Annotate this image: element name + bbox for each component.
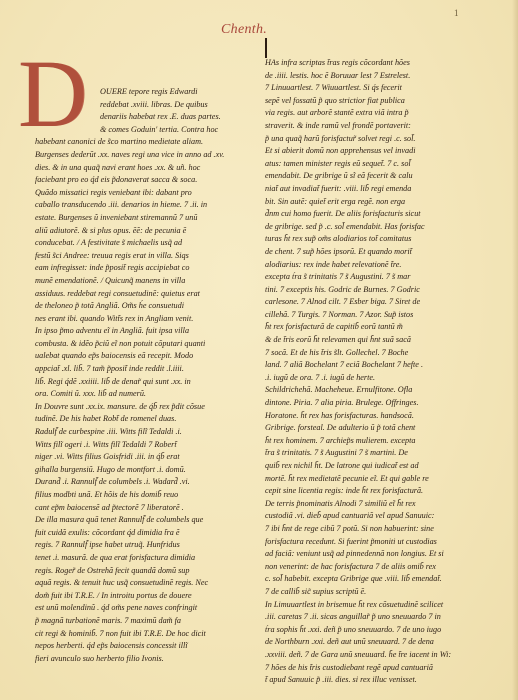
text-line: gihalla burgensiũ. Hugo de montfort .i.…	[35, 464, 245, 477]
text-line: OUERE tepore regis Edwardi	[35, 86, 245, 99]
text-line: Et si abierit domũ non apprehensus vel …	[265, 145, 510, 158]
text-line: carlesone. 7 Alnod cilt. 7 Esber biga. 7…	[265, 296, 510, 309]
text-line: Durand̃ .i. Rannulf̃ de columbels .i. Wa…	[35, 476, 245, 489]
text-line: cillehã. 7 Turgis. 7 Norman. 7 Azor. Su…	[265, 309, 510, 322]
text-line: quib̃ rex nichil h̃t. De latrone qui iud…	[265, 460, 510, 473]
text-line: lib̃. Regi q́dẽ .xxiiii. lib̃ de denar̃…	[35, 376, 245, 389]
text-line: sepẽ vel fossatũ p̃ quo strictior fiat…	[265, 95, 510, 108]
text-line: ad faciã: veniunt usq̃ ad pinnedennã n…	[265, 548, 510, 561]
text-line: turas h̃t rex sup̃ om̃s alodiarios tot̃ …	[265, 233, 510, 246]
text-line: 7 de callib̃ sic̃ supius scriptũ ẽ.	[265, 586, 510, 599]
text-line: 7 Linuuartlest. 7 Wiuuartlest. Si q́s fe…	[265, 82, 510, 95]
text-line: t̃ apud Sanuuic p̃ .iii. dies. si rex il…	[265, 674, 510, 687]
text-line: festũ s̃ci Andree: treuua regis erat in…	[35, 250, 245, 263]
text-line: De illa masura quã tenet Rannulf̃ de co…	[35, 514, 245, 527]
text-line: Quãdo missatici regis veniebant ibi: da…	[35, 187, 245, 200]
text-line: h̃t rex forisfacturã de capitib̃ eorũ …	[265, 321, 510, 334]
text-line: fieri avunculo suo herberto filio Ivonis…	[35, 653, 245, 666]
text-line: nepos herberti. q́d ep̃s baiocensis conc…	[35, 640, 245, 653]
text-line: p̃ una quaq̃ harũ forisfactur̃ solvet r…	[265, 133, 510, 146]
text-line: custodiã .vi. dieb̃ apud cantuariã vel…	[265, 510, 510, 523]
text-line: & comes Goduin' tertia. Contra hoc	[35, 124, 245, 137]
text-line: excepta t́ra s̃ trinitatis 7 s̃ Augustin…	[265, 271, 510, 284]
text-line: straverit. & inde ramũ vel frondẽ port…	[265, 120, 510, 133]
text-line: cepit sine licentia regis: inde h̃t rex …	[265, 485, 510, 498]
text-line: conducebat. / A festivitate s̃ michaelis…	[35, 237, 245, 250]
text-line: nes erant ibi. quando Witt̃s rex in Angl…	[35, 313, 245, 326]
text-line: niger .vi. Witts filius Goisfridi .iii. …	[35, 451, 245, 464]
text-line: Horatone. h̃t rex has forisfacturas. han…	[265, 410, 510, 423]
manuscript-page: 1 Chenth. D OUERE tepore regis Edwardire…	[0, 0, 518, 700]
left-column: OUERE tepore regis Edwardireddebat .xvii…	[35, 86, 245, 665]
initial-h-ascender	[265, 38, 267, 58]
text-line: forisfactura recedunt. Si fuerint p̃moni…	[265, 536, 510, 549]
text-line: munẽ emendationẽ. / Quicunq̃ manens in…	[35, 275, 245, 288]
text-line: combusta. & idẽo p̃ciũ eĩ non potuit …	[35, 338, 245, 351]
text-line: tudinẽ. De his habet Robt̃ de romenel d…	[35, 413, 245, 426]
text-line: Radulf̃ de curbespine .iii. Witts filĩ …	[35, 426, 245, 439]
text-line: In ipso p̃mo adventu eĩ in Angliã. fui…	[35, 325, 245, 338]
text-line: Gribrige. forsteal. De adulterio ũ p̃ t…	[265, 422, 510, 435]
text-line: 7 ibi h̃nt de rege cibũ 7 potũ. Si non…	[265, 523, 510, 536]
text-line: t́ra sophis h̃t .xxi. deñ p̃ uno sneuua…	[265, 624, 510, 637]
text-line: ora. Comiti ũ. xxx. lib̃ ad numerũ.	[35, 388, 245, 401]
text-line: aquã regis. & tenuit huc usq̃ consuetud…	[35, 577, 245, 590]
text-line: c. sol̃ habebit. excepta Gribrige que .v…	[265, 573, 510, 586]
text-line: regis. 7 Rannulf̃ ipse habet utruq̃. Hun…	[35, 539, 245, 552]
text-line: habebant canonici de s̃co martino mediet…	[35, 136, 245, 149]
text-line: bit. Sin autẽ: quiet̃ erit erga regẽ. …	[265, 196, 510, 209]
text-line: assiduus. reddebat regi consuetudinẽ: q…	[35, 288, 245, 301]
text-line: niat̃ aut invadiat̃ fuerit: .viii. lib̃ …	[265, 183, 510, 196]
text-line: .iii. caretas 7 .ii. sicas anguillar̃ p̃…	[265, 611, 510, 624]
text-line: land. 7 aliã Bochelant 7 eciã Bochelan…	[265, 359, 510, 372]
text-line: est unũ molendinũ . q́d om̃s pene nave…	[35, 602, 245, 615]
text-line: dintone. Piria. 7 alia piria. Brulege. O…	[265, 397, 510, 410]
text-line: eam infregisset: inde p̃posit̃ regis acc…	[35, 262, 245, 275]
text-line: De terris p̃nominatis Alnodi 7 similiũ …	[265, 498, 510, 511]
page-heading: Chenth.	[221, 22, 267, 38]
text-line: cit regi & hominib̃. 7 non fuit ibi T.R.…	[35, 628, 245, 641]
text-line: ualebat quando ep̃s baiocensis eã recep…	[35, 350, 245, 363]
text-line: emendabit. De gribrige ũ sĩ eã feceri…	[265, 170, 510, 183]
text-line: dom̃ fuit ibi T.R.E. / In introitu portu…	[35, 590, 245, 603]
text-line: HAs infra scriptas t̃ras regis cõcordan…	[265, 57, 510, 70]
text-line: dies. & in una quaq̃ navi erant hoes .xx…	[35, 162, 245, 175]
text-line: tini. 7 exceptis his. Godric de Burnes. …	[265, 284, 510, 297]
text-line: tenet .i. masurã. de qua erat forisfact…	[35, 552, 245, 565]
text-line: caballo transducendo .iii. denarios in h…	[35, 199, 245, 212]
text-line: p̃ magnã turbationẽ maris. 7 maximũ d…	[35, 615, 245, 628]
text-line: filius modbti unã. Et hõis de his domi…	[35, 489, 245, 502]
text-line: t̃ra s̃ trinitatis. 7 s̃ Augustini 7 s̃ …	[265, 447, 510, 460]
text-line: atus: tamen minister regis eũ sequet̃. …	[265, 158, 510, 171]
right-column: HAs infra scriptas t̃ras regis cõcordan…	[265, 57, 510, 687]
text-line: fuit cuidã exulis: cõcordant q́d dimid…	[35, 527, 245, 540]
text-line: aliũ adiutorẽ. & si plus opus. ẽẽ: d…	[35, 225, 245, 238]
text-line: denariis habebat rex .E. duas partes.	[35, 111, 245, 124]
text-line: de chent. 7 sup̃ hões ipsorũ. Et quand…	[265, 246, 510, 259]
text-line: 7 hões de his t̃ris custodiebant regẽ …	[265, 662, 510, 675]
text-line: via regis. aut arborẽ stantẽ extra via…	[265, 107, 510, 120]
text-line: de Northburn .xxi. deñ aut unũ sneuuar…	[265, 636, 510, 649]
text-line: & de t̃ris eorũ h̃t relevamen qui h̃nt …	[265, 334, 510, 347]
text-line: Schildrichehã. Macheheue. Ernulfitone. …	[265, 384, 510, 397]
text-line: In Limuuartlest in brisemue h̃t rex cõs…	[265, 599, 510, 612]
text-line: .xxviii. deñ. 7 de Gara unũ sneuuard. …	[265, 649, 510, 662]
text-line: de .iiii. lestis. hoc ẽ Boruuar lest 7 …	[265, 70, 510, 83]
text-line: 7 socã. Et de his t̃ris s̃lt. Gollechel…	[265, 347, 510, 360]
text-line: de theloneo p̃ totã Angliã. Om̃s h́e c…	[35, 300, 245, 313]
text-line: estate. Burgenses ũ inveniebant stirema…	[35, 212, 245, 225]
text-line: appciat̃ .xl. lib̃. 7 tam̃ p̃posit̃ inde…	[35, 363, 245, 376]
text-line: reddebat .xviii. libras. De quibus	[35, 99, 245, 112]
text-line: alodiarius: rex inde habet relevationẽ …	[265, 259, 510, 272]
text-line: de gribrige. sed p̃ .c. sol̃ emendabit. …	[265, 221, 510, 234]
text-line: faciebant pro eo q́d eis p̃donaverat sac…	[35, 174, 245, 187]
text-line: Burgenses dederũt .xx. naves regi una v…	[35, 149, 245, 162]
text-line: mortẽ. h̃t rex medietatẽ pecunie eĩ. …	[265, 473, 510, 486]
text-line: In Douvre sunt .xx.ix. mansure. de q́b̃ …	[35, 401, 245, 414]
text-line: d̃nm cui homo fuerit. De aliis forisfact…	[265, 208, 510, 221]
text-line: non venerint: de hac forisfactura 7 de a…	[265, 561, 510, 574]
text-line: Witts filĩ ogeri .i. Witts filĩ Tedald…	[35, 439, 245, 452]
text-line: regis. Roger̃ de Ostrehã fecit quandã …	[35, 565, 245, 578]
text-line: cant ep̃m baiocensẽ ad p̃tectorẽ 7 lib…	[35, 502, 245, 515]
text-line: .i. iugũ de ora. 7 .i. iugũ de herte.	[265, 372, 510, 385]
folio-number: 1	[454, 8, 459, 18]
text-line: h̃t rex hominem. 7 archiep̃s mulierem. e…	[265, 435, 510, 448]
